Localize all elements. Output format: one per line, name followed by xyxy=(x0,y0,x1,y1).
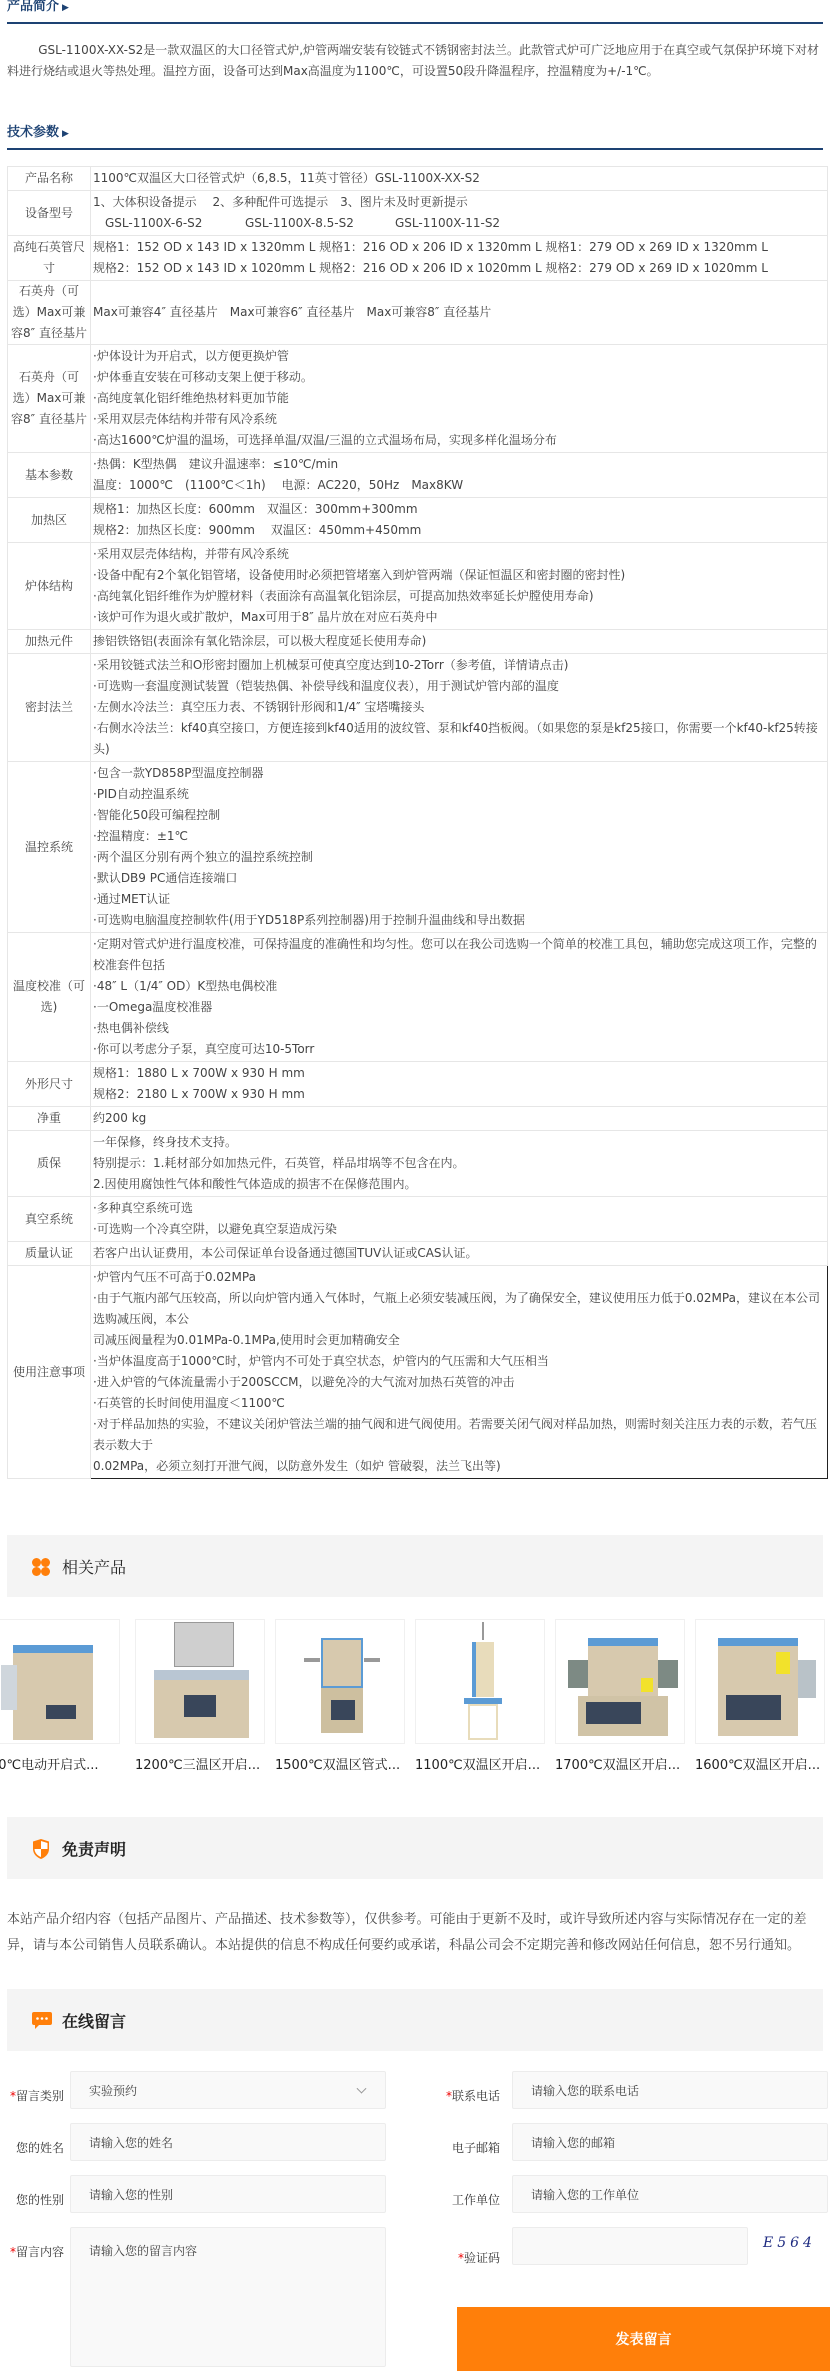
product-name[interactable]: 00℃电动开启式... xyxy=(0,1754,120,1773)
spec-value-line: 规格1：152 OD x 143 ID x 1320mm L 规格1：216 O… xyxy=(93,237,825,258)
spec-value-line: 温度：1000℃ (1100℃＜1h) 电源：AC220，50Hz Max8KW xyxy=(93,475,825,496)
spec-key: 石英舟（可选）Max可兼容8″ 直径基片 xyxy=(8,281,91,345)
spec-key: 密封法兰 xyxy=(8,654,91,762)
name-input[interactable]: 请输入您的姓名 xyxy=(70,2123,386,2161)
product-card[interactable]: 1500℃双温区管式... xyxy=(275,1619,405,1773)
category-label: *留言类别 xyxy=(6,2087,64,2104)
spec-value-line: ·当炉体温度高于1000℃时，炉管内不可处于真空状态，炉管内的气压需和大气压相当 xyxy=(93,1351,825,1372)
product-name[interactable]: 1600℃双温区开启... xyxy=(695,1754,825,1773)
spec-row: 密封法兰·采用铰链式法兰和O形密封圈加上机械泵可使真空度达到10-2Torr（参… xyxy=(8,654,828,762)
spec-key: 使用注意事项 xyxy=(8,1266,91,1479)
product-image[interactable] xyxy=(695,1619,825,1744)
spec-value-line: 规格2：152 OD x 143 ID x 1020mm L 规格2：216 O… xyxy=(93,258,825,279)
spec-value-line: ·智能化50段可编程控制 xyxy=(93,805,825,826)
spec-key: 净重 xyxy=(8,1107,91,1131)
product-image[interactable] xyxy=(275,1619,405,1744)
message-header: 在线留言 xyxy=(7,1989,823,2051)
spec-row: 高纯石英管尺寸规格1：152 OD x 143 ID x 1320mm L 规格… xyxy=(8,236,828,281)
spec-value-line: ·炉体设计为开启式，以方便更换炉管 xyxy=(93,346,825,367)
spec-value-line: ·高纯度氧化铝纤维绝热材料更加节能 xyxy=(93,388,825,409)
related-products-title: 相关产品 xyxy=(62,1555,126,1578)
triangle-right-icon: ▶ xyxy=(62,3,69,13)
spec-value-line: ·一Omega温度校准器 xyxy=(93,997,825,1018)
spec-value-line: ·炉体垂直安装在可移动支架上便于移动。 xyxy=(93,367,825,388)
spec-key: 加热元件 xyxy=(8,630,91,654)
submit-button[interactable]: 发表留言 xyxy=(457,2307,830,2371)
spec-value-line: ·石英管的长时间使用温度＜1100℃ xyxy=(93,1393,825,1414)
spec-key: 高纯石英管尺寸 xyxy=(8,236,91,281)
spec-value-line: ·采用铰链式法兰和O形密封圈加上机械泵可使真空度达到10-2Torr（参考值，详… xyxy=(93,655,825,676)
spec-row: 石英舟（可选）Max可兼容8″ 直径基片·炉体设计为开启式，以方便更换炉管·炉体… xyxy=(8,345,828,453)
spec-value-line: 2.因使用腐蚀性气体和酸性气体造成的损害不在保修范围内。 xyxy=(93,1174,825,1195)
spec-value-line: ·该炉可作为退火或扩散炉，Max可用于8″ 晶片放在对应石英舟中 xyxy=(93,607,825,628)
spec-value-line: ·进入炉管的气体流量需小于200SCCM，以避免冷的大气流对加热石英管的冲击 xyxy=(93,1372,825,1393)
spec-value-line: 规格2：2180 L x 700W x 930 H mm xyxy=(93,1084,825,1105)
related-products-carousel[interactable]: 00℃电动开启式... 1200℃三温区开启... 1500℃双温区管式... … xyxy=(0,1619,830,1789)
intro-section-header: 产品简介▶ xyxy=(7,0,823,24)
spec-row: 真空系统·多种真空系统可选·可选购一个冷真空阱，以避免真空泵造成污染 xyxy=(8,1197,828,1242)
spec-value: 若客户出认证费用，本公司保证单台设备通过德国TUV认证或CAS认证。 xyxy=(91,1242,828,1266)
spec-value-line: 司减压阀量程为0.01MPa-0.1MPa,使用时会更加精确安全 xyxy=(93,1330,825,1351)
spec-key: 产品名称 xyxy=(8,167,91,191)
name-label: 您的姓名 xyxy=(6,2139,64,2156)
spec-key: 基本参数 xyxy=(8,453,91,498)
spec-value-line: 1100℃双温区大口径管式炉（6,8.5，11英寸管径）GSL-1100X-XX… xyxy=(93,168,825,189)
gender-label: 您的性别 xyxy=(6,2191,64,2208)
spec-row: 质量认证若客户出认证费用，本公司保证单台设备通过德国TUV认证或CAS认证。 xyxy=(8,1242,828,1266)
spec-key: 石英舟（可选）Max可兼容8″ 直径基片 xyxy=(8,345,91,453)
clover-icon xyxy=(31,1557,51,1577)
intro-heading: 产品简介 xyxy=(7,0,59,14)
email-label: 电子邮箱 xyxy=(440,2139,500,2156)
spec-row: 温度校准（可选)·定期对管式炉进行温度校准，可保持温度的准确性和均匀性。您可以在… xyxy=(8,933,828,1062)
captcha-input[interactable] xyxy=(512,2227,748,2265)
spec-row: 石英舟（可选）Max可兼容8″ 直径基片Max可兼容4″ 直径基片 Max可兼容… xyxy=(8,281,828,345)
content-textarea[interactable]: 请输入您的留言内容 xyxy=(70,2227,386,2367)
company-label: 工作单位 xyxy=(440,2191,500,2208)
product-image[interactable] xyxy=(0,1619,120,1744)
spec-value-line: 规格2：加热区长度：900mm 双温区：450mm+450mm xyxy=(93,520,825,541)
spec-value: ·采用铰链式法兰和O形密封圈加上机械泵可使真空度达到10-2Torr（参考值，详… xyxy=(91,654,828,762)
spec-row: 产品名称1100℃双温区大口径管式炉（6,8.5，11英寸管径）GSL-1100… xyxy=(8,167,828,191)
spec-value: ·热偶：K型热偶 建议升温速率：≤10℃/min温度：1000℃ (1100℃＜… xyxy=(91,453,828,498)
spec-key: 炉体结构 xyxy=(8,543,91,630)
related-products-header: 相关产品 xyxy=(7,1535,823,1597)
spec-row: 温控系统·包含一款YD858P型温度控制器·PID自动控温系统·智能化50段可编… xyxy=(8,762,828,933)
spec-value-line: ·由于气瓶内部气压较高，所以向炉管内通入气体时，气瓶上必须安装减压阀，为了确保安… xyxy=(93,1288,825,1330)
disclaimer-header: 免责声明 xyxy=(7,1817,823,1879)
spec-row: 加热区规格1：加热区长度：600mm 双温区：300mm+300mm规格2：加热… xyxy=(8,498,828,543)
spec-row: 使用注意事项·炉管内气压不可高于0.02MPa·由于气瓶内部气压较高，所以向炉管… xyxy=(8,1266,828,1479)
spec-value-line: ·两个温区分别有两个独立的温控系统控制 xyxy=(93,847,825,868)
spec-row: 外形尺寸规格1：1880 L x 700W x 930 H mm规格2：2180… xyxy=(8,1062,828,1107)
spec-value-line: ·定期对管式炉进行温度校准，可保持温度的准确性和均匀性。您可以在我公司选购一个简… xyxy=(93,934,825,976)
phone-input[interactable]: 请输入您的联系电话 xyxy=(512,2071,828,2109)
phone-label: *联系电话 xyxy=(440,2087,500,2104)
spec-value-line: ·右侧水冷法兰：kf40真空接口，方便连接到kf40适用的波纹管、泵和kf40挡… xyxy=(93,718,825,760)
spec-value-line: ·可选购电脑温度控制软件(用于YD518P系列控制器)用于控制升温曲线和导出数据 xyxy=(93,910,825,931)
spec-value-line: ·你可以考虑分子泵，真空度可达10-5Torr xyxy=(93,1039,825,1060)
spec-key: 加热区 xyxy=(8,498,91,543)
spec-value-line: ·包含一款YD858P型温度控制器 xyxy=(93,763,825,784)
disclaimer-title: 免责声明 xyxy=(62,1837,126,1860)
spec-row: 基本参数·热偶：K型热偶 建议升温速率：≤10℃/min温度：1000℃ (11… xyxy=(8,453,828,498)
spec-value: 1100℃双温区大口径管式炉（6,8.5，11英寸管径）GSL-1100X-XX… xyxy=(91,167,828,191)
spec-key: 质量认证 xyxy=(8,1242,91,1266)
spec-value-line: 一年保修，终身技术支持。 xyxy=(93,1132,825,1153)
product-card[interactable]: 00℃电动开启式... xyxy=(0,1619,120,1773)
product-card[interactable]: 1700℃双温区开启... xyxy=(555,1619,685,1773)
message-form: *留言类别 实验预约 您的姓名 请输入您的姓名 您的性别 请输入您的性别 *留言… xyxy=(0,2071,830,2371)
product-card[interactable]: 1600℃双温区开启... xyxy=(695,1619,825,1773)
spec-value-line: ·热电偶补偿线 xyxy=(93,1018,825,1039)
spec-value: 一年保修，终身技术支持。特别提示：1.耗材部分如加热元件，石英管，样品坩埚等不包… xyxy=(91,1131,828,1197)
product-name[interactable]: 1500℃双温区管式... xyxy=(275,1754,405,1773)
model-list: GSL-1100X-6-S2GSL-1100X-8.5-S2GSL-1100X-… xyxy=(93,213,825,234)
chevron-down-icon xyxy=(357,2084,367,2094)
spec-value-line: ·通过MET认证 xyxy=(93,889,825,910)
spec-value-line: 规格1：1880 L x 700W x 930 H mm xyxy=(93,1063,825,1084)
captcha-image[interactable]: E564 xyxy=(763,2235,816,2251)
chat-bubble-icon xyxy=(31,2011,53,2031)
spec-table: 产品名称1100℃双温区大口径管式炉（6,8.5，11英寸管径）GSL-1100… xyxy=(7,166,828,1479)
spec-key: 真空系统 xyxy=(8,1197,91,1242)
disclaimer-text: 本站产品介绍内容（包括产品图片、产品描述、技术参数等），仅供参考。可能由于更新不… xyxy=(7,1907,823,1959)
spec-value: ·炉体设计为开启式，以方便更换炉管·炉体垂直安装在可移动支架上便于移动。·高纯度… xyxy=(91,345,828,453)
specs-section-header: 技术参数▶ xyxy=(7,106,823,150)
spec-key: 温控系统 xyxy=(8,762,91,933)
spec-value-line: ·对于样品加热的实验，不建议关闭炉管法兰端的抽气阀和进气阀使用。若需要关闭气阀对… xyxy=(93,1414,825,1456)
spec-value-line: ·默认DB9 PC通信连接端口 xyxy=(93,868,825,889)
product-image[interactable] xyxy=(135,1619,265,1744)
spec-value-line: 1、大体积设备提示 2、多种配件可选提示 3、图片未及时更新提示 xyxy=(93,192,825,213)
spec-value: 掺铝铁铬铝(表面涂有氧化锆涂层，可以极大程度延长使用寿命) xyxy=(91,630,828,654)
spec-row: 净重约200 kg xyxy=(8,1107,828,1131)
email-input[interactable]: 请输入您的邮箱 xyxy=(512,2123,828,2161)
spec-value: ·炉管内气压不可高于0.02MPa·由于气瓶内部气压较高，所以向炉管内通入气体时… xyxy=(91,1266,828,1479)
category-select[interactable]: 实验预约 xyxy=(70,2071,386,2109)
product-card[interactable]: 1100℃双温区开启... xyxy=(415,1619,545,1773)
spec-key: 温度校准（可选) xyxy=(8,933,91,1062)
spec-value-line: 若客户出认证费用，本公司保证单台设备通过德国TUV认证或CAS认证。 xyxy=(93,1243,825,1264)
spec-value: ·采用双层壳体结构，并带有风冷系统·设备中配有2个氧化铝管堵，设备使用时必须把管… xyxy=(91,543,828,630)
spec-value-line: ·高纯氧化铝纤维作为炉膛材料（表面涂有高温氧化铝涂层，可提高加热效率延长炉膛使用… xyxy=(93,586,825,607)
spec-value-line: 规格1：加热区长度：600mm 双温区：300mm+300mm xyxy=(93,499,825,520)
intro-body: GSL-1100X-XX-S2是一款双温区的大口径管式炉,炉管两端安装有铰链式不… xyxy=(0,24,830,106)
company-input[interactable]: 请输入您的工作单位 xyxy=(512,2175,828,2213)
model-item: GSL-1100X-8.5-S2 xyxy=(245,213,395,234)
shield-icon xyxy=(31,1838,51,1860)
disclaimer-body: 本站产品介绍内容（包括产品图片、产品描述、技术参数等），仅供参考。可能由于更新不… xyxy=(0,1879,830,1989)
spec-value-line: ·高达1600℃炉温的温场，可选择单温/双温/三温的立式温场布局，实现多样化温场… xyxy=(93,430,825,451)
model-item: GSL-1100X-6-S2 xyxy=(105,213,245,234)
spec-value-line: 特别提示：1.耗材部分如加热元件，石英管，样品坩埚等不包含在内。 xyxy=(93,1153,825,1174)
model-item: GSL-1100X-11-S2 xyxy=(395,213,500,234)
spec-value-line: 掺铝铁铬铝(表面涂有氧化锆涂层，可以极大程度延长使用寿命) xyxy=(93,631,825,652)
spec-value-line: ·左侧水冷法兰：真空压力表、不锈钢针形阀和1/4″ 宝塔嘴接头 xyxy=(93,697,825,718)
spec-value: Max可兼容4″ 直径基片 Max可兼容6″ 直径基片 Max可兼容8″ 直径基… xyxy=(91,281,828,345)
spec-value: 约200 kg xyxy=(91,1107,828,1131)
message-title: 在线留言 xyxy=(62,2009,126,2032)
spec-value-line: ·采用双层壳体结构并带有风冷系统 xyxy=(93,409,825,430)
triangle-right-icon: ▶ xyxy=(62,129,69,139)
spec-value-line: ·采用双层壳体结构，并带有风冷系统 xyxy=(93,544,825,565)
spec-value-line: ·多种真空系统可选 xyxy=(93,1198,825,1219)
spec-value-line: Max可兼容4″ 直径基片 Max可兼容6″ 直径基片 Max可兼容8″ 直径基… xyxy=(93,302,825,323)
spec-value-line: ·炉管内气压不可高于0.02MPa xyxy=(93,1267,825,1288)
spec-value-line: ·PID自动控温系统 xyxy=(93,784,825,805)
spec-value: 规格1：加热区长度：600mm 双温区：300mm+300mm规格2：加热区长度… xyxy=(91,498,828,543)
spec-value: 规格1：152 OD x 143 ID x 1320mm L 规格1：216 O… xyxy=(91,236,828,281)
spec-value: 1、大体积设备提示 2、多种配件可选提示 3、图片未及时更新提示GSL-1100… xyxy=(91,191,828,236)
intro-text: GSL-1100X-XX-S2是一款双温区的大口径管式炉,炉管两端安装有铰链式不… xyxy=(7,40,823,82)
spec-value-line: ·可选购一套温度测试装置（铠装热偶、补偿导线和温度仪表），用于测试炉管内部的温度 xyxy=(93,676,825,697)
spec-row: 加热元件掺铝铁铬铝(表面涂有氧化锆涂层，可以极大程度延长使用寿命) xyxy=(8,630,828,654)
spec-value: ·包含一款YD858P型温度控制器·PID自动控温系统·智能化50段可编程控制·… xyxy=(91,762,828,933)
spec-value-line: ·控温精度：±1℃ xyxy=(93,826,825,847)
product-name[interactable]: 1700℃双温区开启... xyxy=(555,1754,685,1773)
spec-value-line: ·设备中配有2个氧化铝管堵，设备使用时必须把管堵塞入到炉管两端（保证恒温区和密封… xyxy=(93,565,825,586)
content-label: *留言内容 xyxy=(6,2243,64,2260)
spec-row: 质保一年保修，终身技术支持。特别提示：1.耗材部分如加热元件，石英管，样品坩埚等… xyxy=(8,1131,828,1197)
spec-key: 外形尺寸 xyxy=(8,1062,91,1107)
spec-value-line: ·48″ L（1/4″ OD）K型热电偶校准 xyxy=(93,976,825,997)
spec-key: 质保 xyxy=(8,1131,91,1197)
spec-value-line: ·热偶：K型热偶 建议升温速率：≤10℃/min xyxy=(93,454,825,475)
product-name[interactable]: 1100℃双温区开启... xyxy=(415,1754,545,1773)
spec-value: ·多种真空系统可选·可选购一个冷真空阱，以避免真空泵造成污染 xyxy=(91,1197,828,1242)
spec-value: 规格1：1880 L x 700W x 930 H mm规格2：2180 L x… xyxy=(91,1062,828,1107)
spec-row: 炉体结构·采用双层壳体结构，并带有风冷系统·设备中配有2个氧化铝管堵，设备使用时… xyxy=(8,543,828,630)
product-card[interactable]: 1200℃三温区开启... xyxy=(135,1619,265,1773)
spec-key: 设备型号 xyxy=(8,191,91,236)
gender-input[interactable]: 请输入您的性别 xyxy=(70,2175,386,2213)
captcha-label: *验证码 xyxy=(440,2249,500,2266)
spec-value: ·定期对管式炉进行温度校准，可保持温度的准确性和均匀性。您可以在我公司选购一个简… xyxy=(91,933,828,1062)
product-image[interactable] xyxy=(555,1619,685,1744)
spec-row: 设备型号1、大体积设备提示 2、多种配件可选提示 3、图片未及时更新提示GSL-… xyxy=(8,191,828,236)
specs-heading: 技术参数 xyxy=(7,125,59,140)
spec-value-line: 0.02MPa，必须立刻打开泄气阀，以防意外发生（如炉 管破裂，法兰飞出等) xyxy=(93,1456,825,1477)
product-image[interactable] xyxy=(415,1619,545,1744)
product-name[interactable]: 1200℃三温区开启... xyxy=(135,1754,265,1773)
spec-value-line: ·可选购一个冷真空阱，以避免真空泵造成污染 xyxy=(93,1219,825,1240)
spec-value-line: 约200 kg xyxy=(93,1108,825,1129)
